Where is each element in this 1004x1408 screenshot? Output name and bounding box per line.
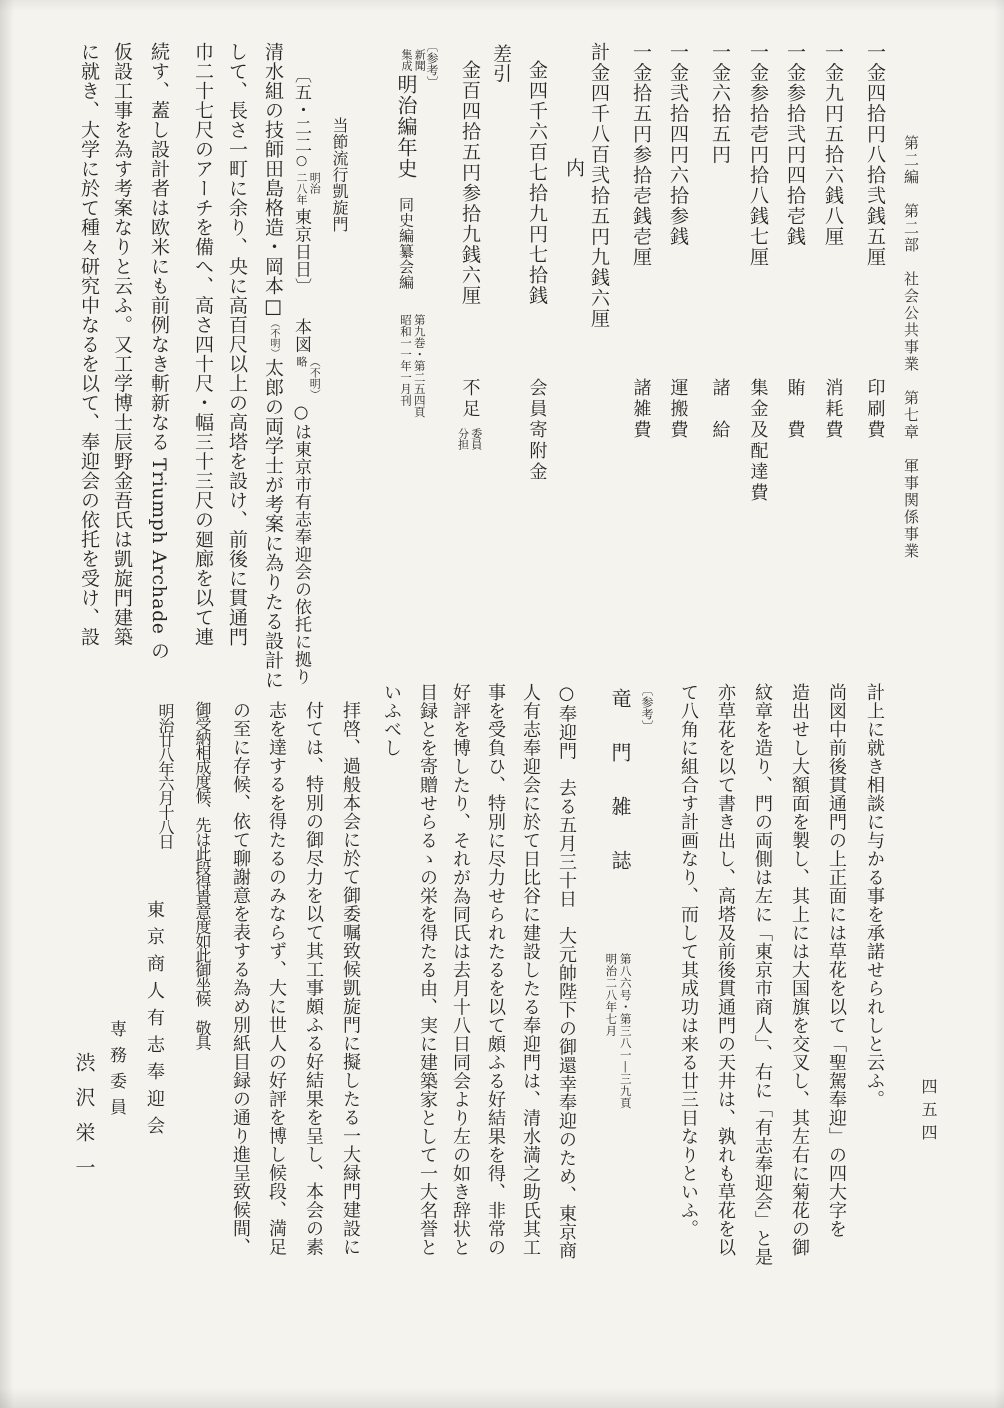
account-label: 集金及配達費 — [749, 378, 767, 504]
article-body-column: 巾二十七尺のアーチを備へ、高さ四十尺・幅三十三尺の廻廊を以て連 — [193, 42, 212, 647]
article-body-column: に就き、大学に於て種々研究中なるを以て、奉迎会の依托を受け、設 — [79, 42, 98, 647]
account-line: 一金四拾円八拾弐銭五厘 印刷費 — [865, 42, 884, 268]
letter-column: 付ては、特別の御尽力を以て其工事頗ふる好結果を呈し、本会の素 — [304, 701, 322, 1256]
magazine-title: 竜門雑誌 — [610, 688, 630, 904]
account-amount: 一金参拾壱円拾八銭七厘 — [747, 42, 769, 268]
reference-mark: 〔参考〕 — [641, 684, 653, 732]
account-label: 賄 費 — [786, 378, 804, 441]
article-body-column: いふべし — [382, 683, 400, 757]
account-line: 一金拾五円参拾壱銭壱厘 諸雑費 — [631, 42, 650, 268]
account-line: 一金弐拾四円六拾参銭 運搬費 — [668, 42, 687, 247]
account-line: 一金参拾弐円四拾壱銭 賄 費 — [785, 42, 804, 247]
dateline-mark: ○ — [294, 154, 309, 170]
inner-heading: 内 — [564, 158, 583, 177]
letter-column: 御受納相成度候、先は此段得貴意度如此御坐候 敬具 — [194, 701, 210, 1049]
account-label: 諸雑費 — [632, 378, 650, 441]
shortage-label: 不足 — [461, 378, 479, 420]
paragraph-column: 紋章を造り、門の両側は左に「東京市商人」、右に「有志奉迎会」と是 — [753, 683, 771, 1266]
paragraph-column: て八角に組合す計画なり、而して其成功は来る廿三日なりといふ。 — [679, 683, 697, 1238]
source-editor: 同史編纂会編 — [397, 197, 415, 290]
letter-column: 拝啓、過般本会に於て御委嘱致候凱旋門に擬したる一大緑門建設に — [341, 701, 359, 1256]
shortage-note: 委員分担 — [456, 428, 482, 450]
magazine-cite: 第八六号・第三八一―三九頁明治二八年七月 — [604, 953, 633, 1109]
deduction-heading: 差引 — [491, 44, 510, 83]
paragraph-column: 造出せし大額面を製し、其上には大国旗を交叉し、其左右に菊花の御 — [790, 683, 808, 1257]
letter-column: 志を達するを得たるのみならず、大に世人の好評を博し候段、満足 — [267, 701, 285, 1256]
article-intro: 本図 — [291, 318, 311, 353]
account-total: 計金四千八百弐拾五円九銭六厘 — [589, 42, 608, 329]
letter-role: 専務委員 — [107, 1020, 124, 1124]
article-body-column: 清水組の技師田島格造・岡本□（不明）太郎の両学士が考案に為りたる設計に — [263, 42, 282, 690]
account-label: 消耗費 — [824, 378, 842, 441]
article-body-column: して、長さ一町に余り、央に高百尺以上の高塔を設け、前後に貫通門 — [227, 42, 246, 647]
letter-organization: 東京商人有志奉迎会 — [145, 900, 163, 1143]
letter-column: の至に存候、依て聊謝意を表する為め別紙目録の通り進呈致候間、 — [231, 701, 249, 1256]
source-cite: 第九巻・第二五四頁昭和一一年一月刊 — [398, 314, 426, 418]
account-label: 諸 給 — [711, 378, 729, 441]
account-line: 一金六拾五円 諸 給 — [710, 42, 729, 165]
paragraph-column: 亦草花を以て書き出し、高塔及前後貫通門の天井は、孰れも草花を以 — [716, 683, 734, 1257]
account-amount: 一金拾五円参拾壱銭壱厘 — [630, 42, 652, 268]
reference-mark: 〔参考〕 — [426, 40, 438, 88]
article-intro-cont: ○は東京市有志奉迎会の依托に拠り — [291, 403, 311, 686]
account-amount: 一金四拾円八拾弐銭五厘 — [864, 42, 886, 268]
account-amount: 一金九円五拾六銭八厘 — [822, 42, 844, 247]
page-number: 四五四 — [920, 1078, 936, 1147]
article-body-column: 仮設工事を為す考案なりと云ふ。又工学博士辰野金吾氏は凱旋門建築 — [112, 42, 131, 647]
income-amount: 金四千六百七拾九円七拾銭 — [526, 60, 548, 306]
dateline-close: 東京日日〕 — [291, 208, 311, 296]
account-amount: 一金参拾弐円四拾壱銭 — [784, 42, 806, 247]
unclear-note: （不明） — [268, 318, 278, 358]
article-body-column: 好評を博したり、それが為同氏は去月十八日同会より左の如き辞状と — [451, 683, 469, 1257]
account-line: 一金参拾壱円拾八銭七厘 集金及配達費 — [748, 42, 767, 268]
article-dateline: 〔五・二二○明治二八年東京日日〕本図（不明）略○は東京市有志奉迎会の依托に拠り — [292, 66, 321, 686]
account-amount: 一金六拾五円 — [709, 42, 731, 165]
dateline-open: 〔五・二二 — [291, 66, 311, 154]
income-line: 金四千六百七拾九円七拾銭 会員寄附金 — [527, 60, 546, 306]
article-headline: 当節流行凱旋門 — [331, 117, 347, 233]
account-label: 印刷費 — [866, 378, 884, 441]
article-body-column: 目録とを寄贈せらるゝの栄を得たる由、実に建築家として一大名誉と — [418, 683, 436, 1257]
article-body-column: 事を受負ひ、特別に尽力せられたるを以て頗ふる好結果を得、非常の — [486, 683, 504, 1257]
shortage-amount: 金百四拾五円参拾九銭六厘 — [459, 60, 481, 306]
letter-signature: 渋沢栄一 — [74, 1052, 94, 1192]
article-body-column: 人有志奉迎会に於て日比谷に建設したる奉迎門は、清水満之助氏其工 — [521, 683, 539, 1257]
source-title: 明治編年史 — [394, 74, 418, 179]
continuation-column: 計上に就き相談に与かる事を承諾せられしと云ふ。 — [865, 683, 883, 1109]
paragraph-column: 尚図中前後貫通門の上正面には草花を以て「聖駕奉迎」の四大字を — [827, 683, 845, 1238]
account-amount: 一金弐拾四円六拾参銭 — [667, 42, 689, 247]
source-citation: 新聞集成明治編年史同史編纂会編第九巻・第二五四頁昭和一一年一月刊 — [396, 46, 426, 421]
source-series: 新聞集成 — [400, 49, 426, 71]
letter-date: 明治廿八年六月十八日 — [157, 703, 173, 848]
article-body-column: 続す、蓋し設計者は欧米にも前例なき斬新なる Triumph Archade の — [149, 42, 168, 661]
scanned-book-page: 第二編 第二部 社会公共事業 第七章 軍事関係事業 一金四拾円八拾弐銭五厘 印刷… — [0, 0, 1004, 1408]
account-label: 運搬費 — [669, 378, 687, 441]
running-header: 第二編 第二部 社会公共事業 第七章 軍事関係事業 — [903, 135, 918, 560]
dateline-note: 明治二八年 — [295, 172, 321, 205]
account-line: 一金九円五拾六銭八厘 消耗費 — [823, 42, 842, 247]
article-body-column: ○奉迎門 去る五月三十日 大元帥陛下の御還幸奉迎のため、東京商 — [557, 683, 575, 1260]
shortage-line: 金百四拾五円参拾九銭六厘 不足 委員分担 — [460, 60, 479, 306]
income-label: 会員寄附金 — [528, 378, 546, 483]
intro-note: （不明）略 — [295, 356, 321, 400]
